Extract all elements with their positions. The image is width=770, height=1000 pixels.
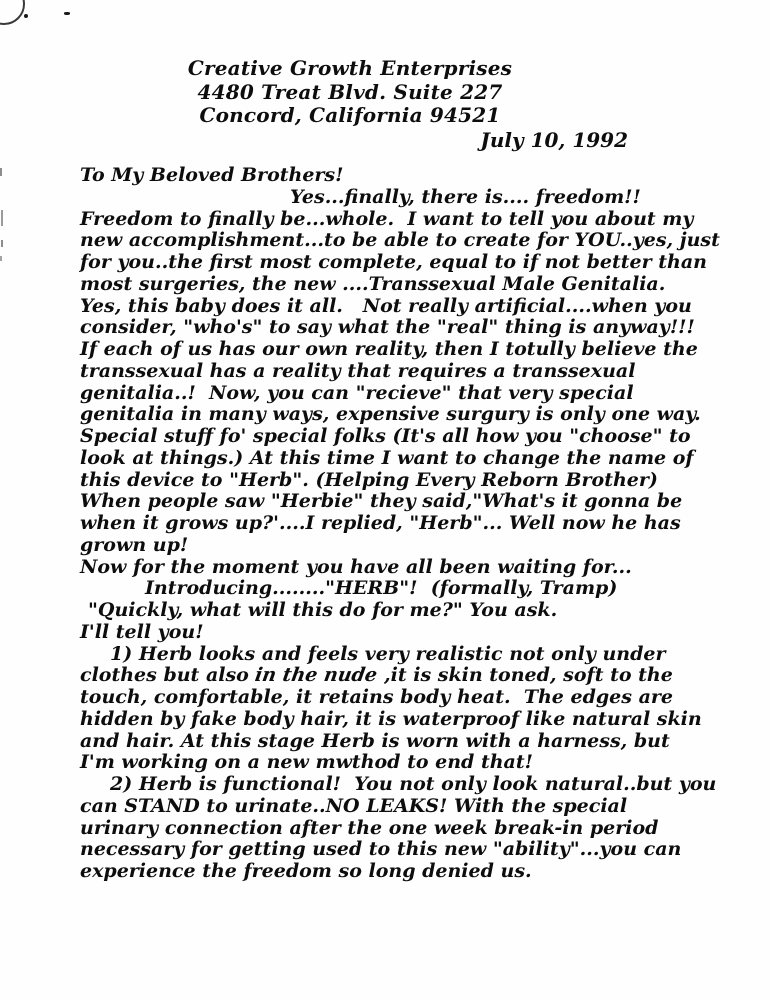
letter-line: most surgeries, the new ....Transsexual … [80,274,745,296]
letter-text: Introducing........"HERB"! (formally, Tr… [145,577,617,599]
letterhead: Creative Growth Enterprises 4480 Treat B… [140,57,560,128]
company-name: Creative Growth Enterprises [140,57,560,81]
letter-text: necessary for getting used to this new "… [80,838,681,860]
letter-line: Yes, this baby does it all. Not really a… [80,296,745,318]
letter-text: ,it is skin toned, soft to the [377,664,672,686]
letter-text: most surgeries, the new ....Transsexual … [80,273,665,295]
letter-text: Now for the moment you have all been wai… [80,556,632,578]
letter-text: clothes but also [80,664,255,686]
letter-text: Yes, this baby does it all. Not really a… [80,295,692,317]
letter-line: experience the freedom so long denied us… [80,861,745,883]
scanned-letter-page: Creative Growth Enterprises 4480 Treat B… [0,0,770,1000]
letter-text: this device to "Herb". (Helping Every Re… [80,469,658,491]
letter-line: Freedom to finally be...whole. I want to… [80,209,745,231]
letter-text: hidden by fake body hair, it is waterpro… [80,708,702,730]
letter-text: when it grows up?'....I replied, "Herb".… [80,512,681,534]
letter-text: 1) Herb looks and feels very realistic n… [110,643,665,665]
scan-artifact-edge-speck [1,240,3,247]
letter-text: look at things.) At this time I want to … [80,447,694,469]
letter-text: Special stuff fo' special folks (It's al… [80,425,691,447]
letter-text: Yes...finally, there is.... freedom!! [290,186,641,208]
letter-text: for you..the first most complete, equal … [80,251,707,273]
letter-line: urinary connection after the one week br… [80,818,745,840]
letter-line: can STAND to urinate..NO LEAKS! With the… [80,796,745,818]
letter-text: I'm working on a new mwthod to end that! [80,751,533,773]
scan-artifact-dot [64,12,70,15]
letter-line: "Quickly, what will this do for me?" You… [80,600,745,622]
letter-line: transsexual has a reality that requires … [80,361,745,383]
letter-text: consider, "who's" to say what the "real"… [80,316,695,338]
letter-line: Special stuff fo' special folks (It's al… [80,426,745,448]
address-line-1: 4480 Treat Blvd. Suite 227 [140,81,560,105]
letter-line: grown up! [80,535,745,557]
letter-text: When people saw "Herbie" they said,"What… [80,490,682,512]
letter-line: When people saw "Herbie" they said,"What… [80,491,745,513]
letter-text: grown up! [80,534,188,556]
letter-line: clothes but also in the nude ,it is skin… [80,665,745,687]
letter-text: I'll tell you! [80,621,204,643]
letter-line: hidden by fake body hair, it is waterpro… [80,709,745,731]
letter-line: necessary for getting used to this new "… [80,839,745,861]
scan-artifact-edge-speck [0,256,2,261]
letter-line: when it grows up?'....I replied, "Herb".… [80,513,745,535]
letter-date: July 10, 1992 [0,129,628,152]
letter-body: To My Beloved Brothers!Yes...finally, th… [80,165,745,883]
letter-text: and hair. At this stage Herb is worn wit… [80,730,670,752]
letter-text: experience the freedom so long denied us… [80,860,532,882]
letter-text: new accomplishment...to be able to creat… [80,229,720,251]
letter-text: genitalia..! Now, you can "recieve" that… [80,382,634,404]
letter-line: I'll tell you! [80,622,745,644]
letter-line: and hair. At this stage Herb is worn wit… [80,731,745,753]
letter-line: 1) Herb looks and feels very realistic n… [80,644,745,666]
scan-artifact-edge-speck [0,168,2,176]
letter-line: Introducing........"HERB"! (formally, Tr… [80,578,745,600]
letter-line: look at things.) At this time I want to … [80,448,745,470]
letter-text: touch, comfortable, it retains body heat… [80,686,673,708]
emphasized-text: in the nude [254,665,379,687]
letter-text: If each of us has our own reality, then … [80,338,698,360]
letter-line: Now for the moment you have all been wai… [80,557,745,579]
letter-line: Yes...finally, there is.... freedom!! [80,187,745,209]
letter-line: genitalia in many ways, expensive surgur… [80,404,745,426]
letter-line: for you..the first most complete, equal … [80,252,745,274]
letter-line: new accomplishment...to be able to creat… [80,230,745,252]
letter-line: consider, "who's" to say what the "real"… [80,317,745,339]
letter-line: If each of us has our own reality, then … [80,339,745,361]
letter-text: transsexual has a reality that requires … [80,360,635,382]
letter-line: touch, comfortable, it retains body heat… [80,687,745,709]
letter-text: 2) Herb is functional! You not only look… [110,773,716,795]
scan-artifact-corner-arc [0,0,25,25]
scan-artifact-edge-speck [1,210,3,226]
letter-text: can STAND to urinate..NO LEAKS! With the… [80,795,627,817]
letter-line: 2) Herb is functional! You not only look… [80,774,745,796]
letter-line: I'm working on a new mwthod to end that! [80,752,745,774]
letter-text: To My Beloved Brothers! [80,164,343,186]
letter-line: this device to "Herb". (Helping Every Re… [80,470,745,492]
letter-text: Freedom to finally be...whole. I want to… [80,208,693,230]
letter-text: urinary connection after the one week br… [80,817,658,839]
letter-text: genitalia in many ways, expensive surgur… [80,403,701,425]
letter-text: "Quickly, what will this do for me?" You… [88,599,557,621]
address-line-2: Concord, California 94521 [140,104,560,128]
scan-artifact-dot [24,14,28,18]
letter-line: To My Beloved Brothers! [80,165,745,187]
letter-line: genitalia..! Now, you can "recieve" that… [80,383,745,405]
